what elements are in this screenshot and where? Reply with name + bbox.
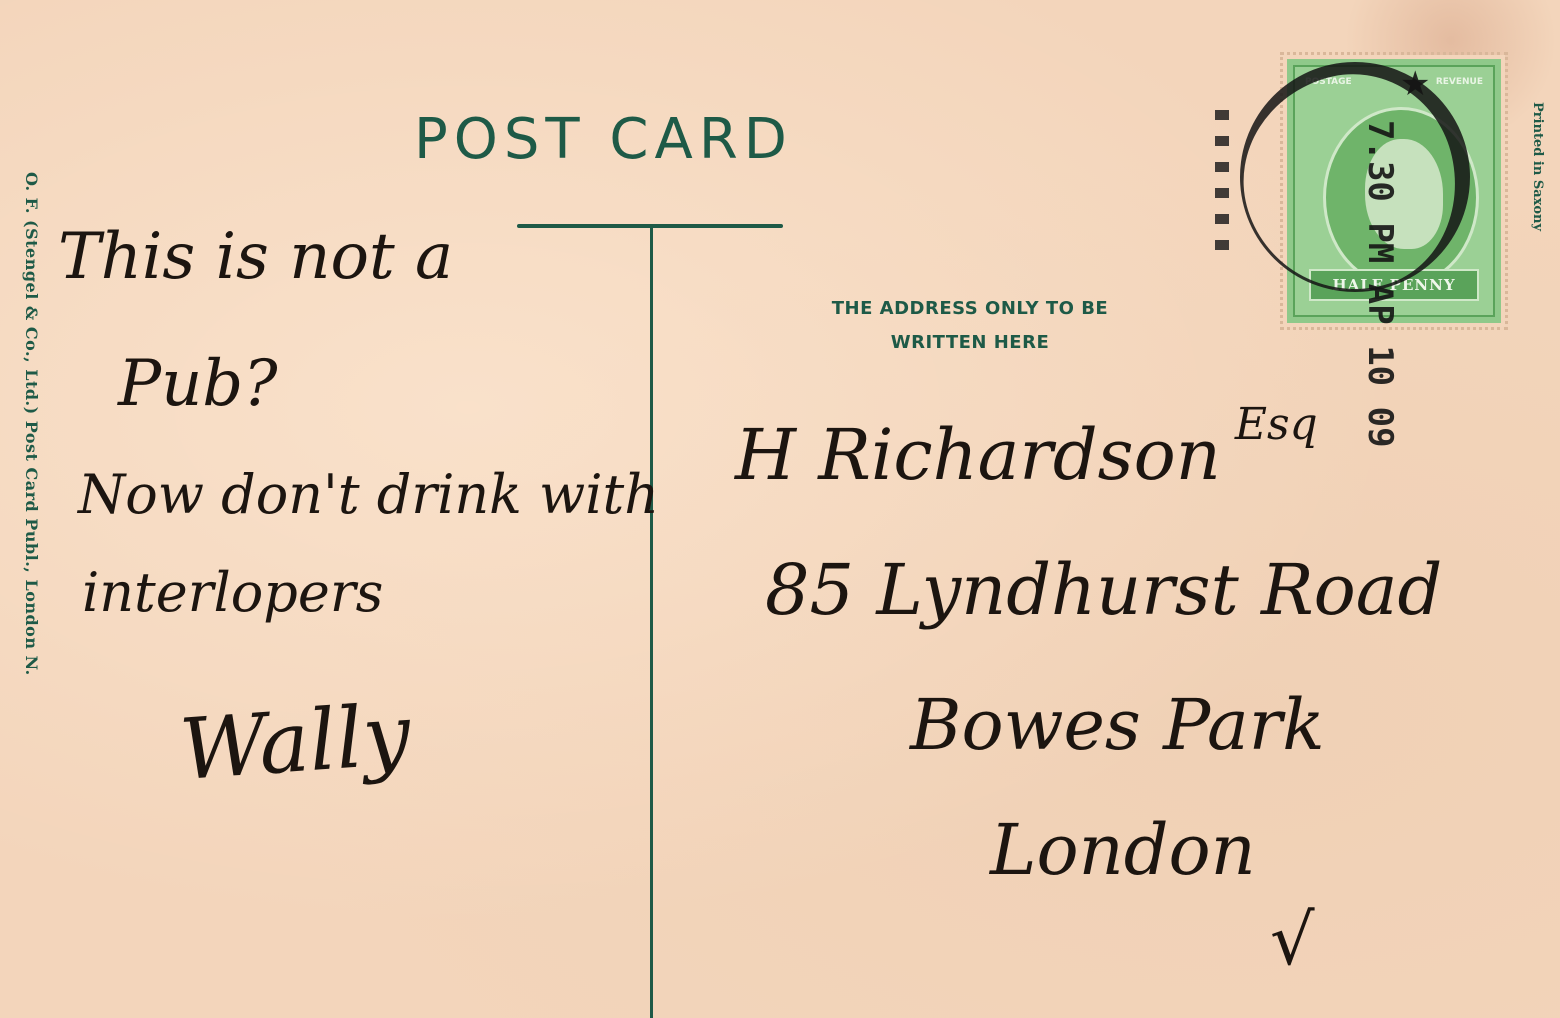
address-instruction-line1: THE ADDRESS ONLY TO BE: [780, 292, 1160, 326]
postmark-date: 7.30 PM AP 10 09: [1360, 120, 1400, 448]
postcard-title: POST CARD: [414, 112, 793, 168]
tick-mark: √: [1270, 905, 1315, 975]
printed-in-saxony: Printed in Saxony: [1530, 102, 1545, 231]
postmark-day: AP 10: [1360, 284, 1400, 386]
address-honorific: Esq: [1235, 399, 1318, 450]
message-line-4: interlopers: [82, 566, 383, 620]
postmark-cancellation-bars: [1215, 110, 1229, 260]
message-line-1: This is not a: [58, 225, 453, 289]
postmark-time: 7.30 PM: [1360, 120, 1400, 263]
message-line-2: Pub?: [118, 352, 278, 416]
address-city: London: [990, 815, 1256, 885]
address-name-line: H RichardsonEsq: [735, 420, 1318, 490]
stamp-revenue-label: REVENUE: [1436, 77, 1483, 87]
signature: Wally: [177, 692, 413, 792]
publisher-imprint: O. F. (Stengel & Co., Ltd.) Post Card Pu…: [22, 172, 41, 676]
address-district: Bowes Park: [910, 690, 1325, 760]
postmark-year: 09: [1360, 407, 1400, 448]
address-street: 85 Lyndhurst Road: [765, 555, 1442, 625]
address-instruction: THE ADDRESS ONLY TO BE WRITTEN HERE: [780, 292, 1160, 360]
message-line-3: Now don't drink with: [78, 468, 659, 522]
address-instruction-line2: WRITTEN HERE: [780, 326, 1160, 360]
address-name: H Richardson: [735, 414, 1221, 496]
postcard-back: POST CARD THE ADDRESS ONLY TO BE WRITTEN…: [0, 0, 1560, 1018]
center-divider-line: [650, 228, 653, 1018]
postmark-star-icon: ★: [1400, 64, 1430, 104]
